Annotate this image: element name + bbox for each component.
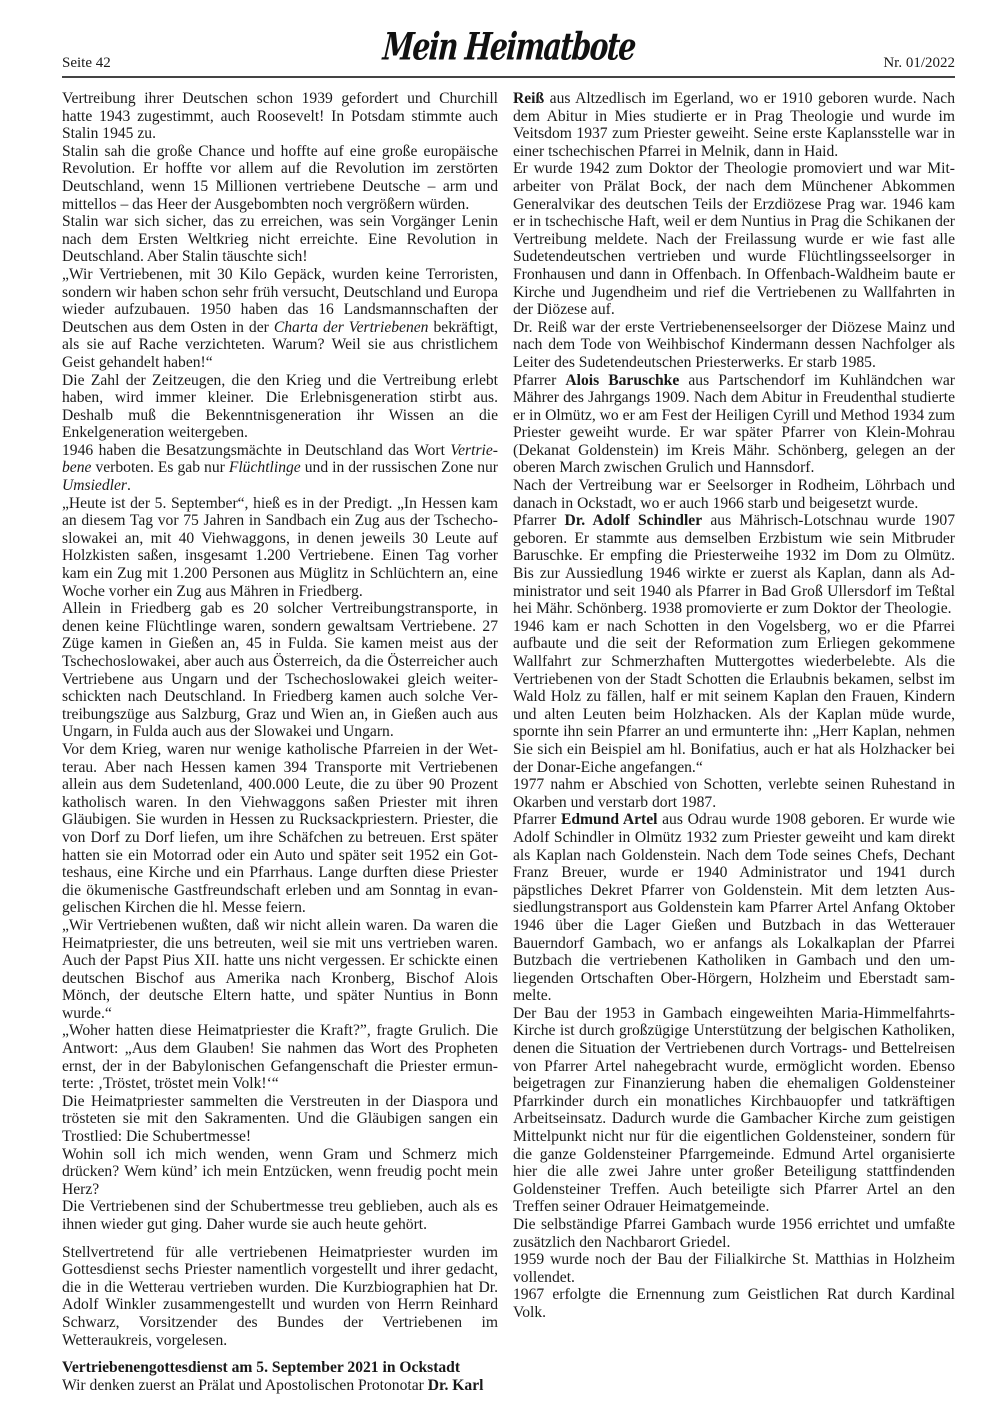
paragraph: Pfarrer Alois Baruschke aus Partschendor…	[513, 372, 955, 478]
paragraph: Vor dem Krieg, waren nur wenige katholis…	[62, 741, 498, 917]
paragraph: 1946 kam er nach Schotten in den Vogelsb…	[513, 618, 955, 776]
section-heading: Vertriebenengottesdienst am 5. September…	[62, 1359, 498, 1377]
italic-term: Flüchtlinge	[229, 459, 301, 476]
bold-name: Edmund Artel	[561, 811, 658, 828]
issue-number: Nr. 01/2022	[883, 55, 955, 72]
paragraph: Er wurde 1942 zum Doktor der Theologie p…	[513, 160, 955, 318]
text-run: Pfarrer	[513, 811, 561, 828]
bold-name: Dr. Adolf Schindler	[565, 512, 703, 529]
paragraph: Pfarrer Dr. Adolf Schindler aus Mährisch…	[513, 512, 955, 618]
masthead-title: Mein Heimatbote	[381, 24, 636, 69]
paragraph: Pfarrer Edmund Artel aus Odrau wurde 190…	[513, 811, 955, 1005]
paragraph: Reiß aus Altzedlisch im Egerland, wo er …	[513, 90, 955, 160]
text-run: aus Odrau wurde 1908 geboren. Er wurde w…	[513, 811, 955, 1004]
paragraph: „Wir Vertriebenen, mit 30 Kilo Gepäck, w…	[62, 266, 498, 372]
bold-name: Dr. Karl	[428, 1377, 484, 1394]
paragraph: Die Zahl der Zeitzeugen, die den Krieg u…	[62, 372, 498, 442]
paragraph: Dr. Reiß war der erste Vertriebenenseels…	[513, 319, 955, 372]
masthead-logo: Mein Heimatbote	[383, 30, 635, 63]
right-column: Reiß aus Altzedlisch im Egerland, wo er …	[513, 90, 955, 1322]
paragraph: 1946 haben die Besatzungsmächte in Deuts…	[62, 442, 498, 495]
paragraph: Der Bau der 1953 in Gambach eingeweihten…	[513, 1005, 955, 1216]
paragraph: Allein in Friedberg gab es 20 solcher Ve…	[62, 600, 498, 741]
text-run: verboten. Es gab nur	[91, 459, 228, 476]
bold-name: Reiß	[513, 90, 544, 107]
text-run: .	[127, 477, 131, 494]
paragraph: Wir denken zuerst an Prälat und Apostoli…	[62, 1377, 498, 1395]
paragraph: Die Heimatpriester sammelten die Verstre…	[62, 1093, 498, 1146]
header-rule	[62, 76, 955, 78]
italic-term: Charta der Vertriebenen	[274, 319, 429, 336]
paragraph: Vertreibung ihrer Deutschen schon 1939 g…	[62, 90, 498, 143]
paragraph: Stalin war sich sicher, das zu erreichen…	[62, 213, 498, 266]
text-run: und in der russischen Zone nur	[301, 459, 498, 476]
paragraph: Die selbständige Pfarrei Gambach wurde 1…	[513, 1216, 955, 1251]
paragraph: „Woher hatten diese Heimatpriester die K…	[62, 1022, 498, 1092]
text-run: aus Altzedlisch im Egerland, wo er 1910 …	[513, 90, 955, 160]
paragraph: „Wir Vertriebenen wußten, daß wir nicht …	[62, 917, 498, 1023]
text-run: Pfarrer	[513, 372, 565, 389]
text-run: Pfarrer	[513, 512, 565, 529]
paragraph: 1977 nahm er Abschied von Schotten, verl…	[513, 776, 955, 811]
paragraph: Nach der Vertreibung war er Seelsorger i…	[513, 477, 955, 512]
left-column: Vertreibung ihrer Deutschen schon 1939 g…	[62, 90, 498, 1394]
page-number: Seite 42	[62, 55, 111, 72]
paragraph: Stellvertretend für alle vertriebenen He…	[62, 1244, 498, 1350]
text-run: 1946 haben die Besatzungsmächte in Deuts…	[62, 442, 450, 459]
paragraph: Die Vertriebenen sind der Schubertmesse …	[62, 1198, 498, 1233]
page-header: Seite 42 Mein Heimatbote Nr. 01/2022	[62, 28, 955, 76]
paragraph: „Heute ist der 5. September“, hieß es in…	[62, 495, 498, 601]
bold-name: Alois Baruschke	[565, 372, 679, 389]
paragraph: Wohin soll ich mich wenden, wenn Gram un…	[62, 1146, 498, 1199]
paragraph: 1967 erfolgte die Ernennung zum Geistlic…	[513, 1286, 955, 1321]
paragraph: 1959 wurde noch der Bau der Filialkirche…	[513, 1251, 955, 1286]
paragraph: Stalin sah die große Chance und hoffte a…	[62, 143, 498, 213]
italic-term: Umsiedler	[62, 477, 127, 494]
text-run: Wir denken zuerst an Prälat und Apostoli…	[62, 1377, 428, 1394]
